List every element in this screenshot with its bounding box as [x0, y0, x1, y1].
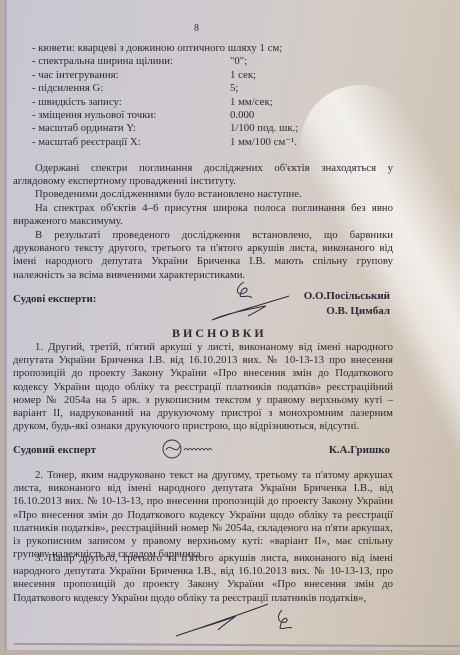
- expert-label: Судовий експерт: [13, 444, 96, 456]
- paragraph-absorption-band: На спектрах об'єктів 4–6 присутня широка…: [13, 202, 393, 228]
- parameter-label: - час інтегрування:: [32, 69, 119, 82]
- parameter-value: 1 мм/100 см⁻¹.: [230, 136, 297, 149]
- parameter-value: 1 мм/сек;: [230, 96, 273, 109]
- paragraph-result: В результаті проведеного дослідження вст…: [13, 229, 393, 282]
- conclusion-item-3: 3. Папір другого, третього та п'ятого ар…: [13, 552, 393, 605]
- paragraph-established: Проведеними дослідженнями було встановле…: [13, 188, 393, 201]
- parameter-label: - швидкість запису:: [32, 96, 122, 109]
- signature-icon: [172, 600, 302, 642]
- expert-name-1: О.О.Посільський: [304, 290, 390, 302]
- parameter-label: - масштаб ординати Y:: [32, 122, 136, 135]
- signature-icon: [204, 278, 294, 326]
- parameter-value: 1 сек;: [230, 69, 256, 82]
- expert-name-hryshko: К.А.Гришко: [329, 444, 390, 456]
- parameter-value: "0";: [230, 55, 247, 68]
- parameter-label: - кювети: кварцеві з довжиною оптичного …: [32, 42, 282, 55]
- parameter-label: - підсилення G:: [32, 82, 103, 95]
- parameter-value: 0.000: [230, 109, 254, 122]
- page-edge: [14, 643, 460, 647]
- conclusion-item-1: 1. Другий, третій, п'ятий аркуші у листі…: [13, 341, 393, 433]
- document-page: 8 - кювети: кварцеві з довжиною оптичног…: [4, 0, 460, 650]
- experts-label: Судові експерти:: [13, 293, 96, 305]
- page-number: 8: [194, 22, 199, 36]
- parameter-value: 5;: [230, 82, 238, 95]
- signature-icon: [162, 438, 226, 460]
- expert-name-2: О.В. Цимбал: [326, 305, 390, 317]
- parameter-label: - зміщення нульової точки:: [32, 109, 156, 122]
- parameter-label: - масштаб реєстрації X:: [32, 136, 141, 149]
- parameter-label: - спектральна ширина щілини:: [32, 55, 173, 68]
- conclusion-item-2: 2. Тонер, яким надруковано текст на друг…: [13, 469, 393, 561]
- conclusions-heading: ВИСНОВКИ: [172, 326, 267, 341]
- parameter-value: 1/100 под. шк.;: [230, 122, 298, 135]
- paragraph-spectra-location: Одержані спектри поглинання досліджених …: [13, 162, 393, 188]
